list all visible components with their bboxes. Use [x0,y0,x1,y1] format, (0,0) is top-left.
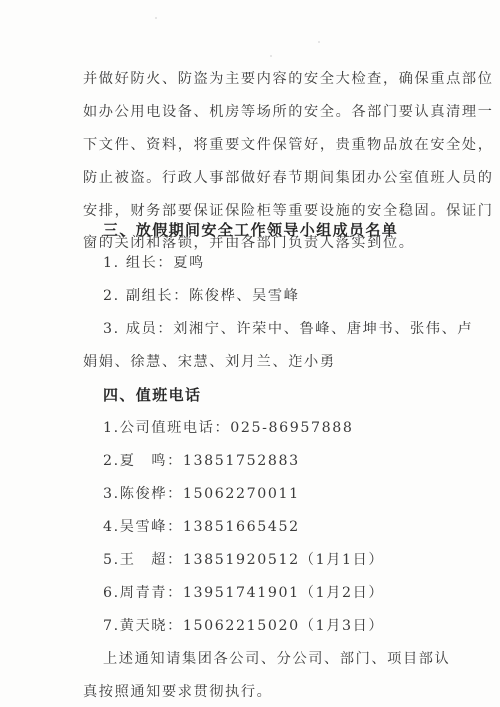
phone-item: 6.周青青：13951741901（1月2日） [103,584,384,602]
phone-item: 2.夏 鸣：13851752883 [103,452,300,470]
phone-item: 4.吴雪峰：13851665452 [103,518,300,536]
paragraph-line: 如办公用电设备、机房等场所的安全。各部门要认真清理一 [83,103,493,121]
phone-item: 7.黄天晓：15062215020（1月3日） [103,617,384,635]
paragraph-line: 并做好防火、防盗为主要内容的安全大检查，确保重点部位 [83,70,493,88]
scan-speck [270,55,272,57]
scan-speck [155,17,157,19]
paragraph-line: 防止被盗。行政人事部做好春节期间集团办公室值班人员的 [83,169,493,187]
phone-item: 1.公司值班电话：025-86957888 [103,419,354,437]
paragraph-line: 真按照通知要求贯彻执行。 [83,683,272,701]
phone-item: 3.陈俊桦：15062270011 [103,485,300,503]
phone-item: 5.王 超：13851920512（1月1日） [103,551,384,569]
paragraph-line: 上述通知请集团各公司、分公司、部门、项目部认 [103,650,450,668]
list-item: 2. 副组长：陈俊桦、吴雪峰 [103,287,300,305]
paragraph-line: 下文件、资料，将重要文件保管好，贵重物品放在安全处， [83,136,493,154]
list-item: 3. 成员：刘湘宁、许荣中、鲁峰、唐坤书、张伟、卢 [103,320,473,338]
list-item: 1. 组长：夏鸣 [103,254,205,272]
scan-speck [318,41,320,43]
list-item-continuation: 娟娟、徐慧、宋慧、刘月兰、迮小勇 [83,353,336,371]
paragraph-line: 安排，财务部要保证保险柜等重要设施的安全稳固。保证门 [83,202,493,220]
section-heading: 三、放假期间安全工作领导小组成员名单 [103,221,398,239]
section-heading: 四、值班电话 [103,386,201,404]
